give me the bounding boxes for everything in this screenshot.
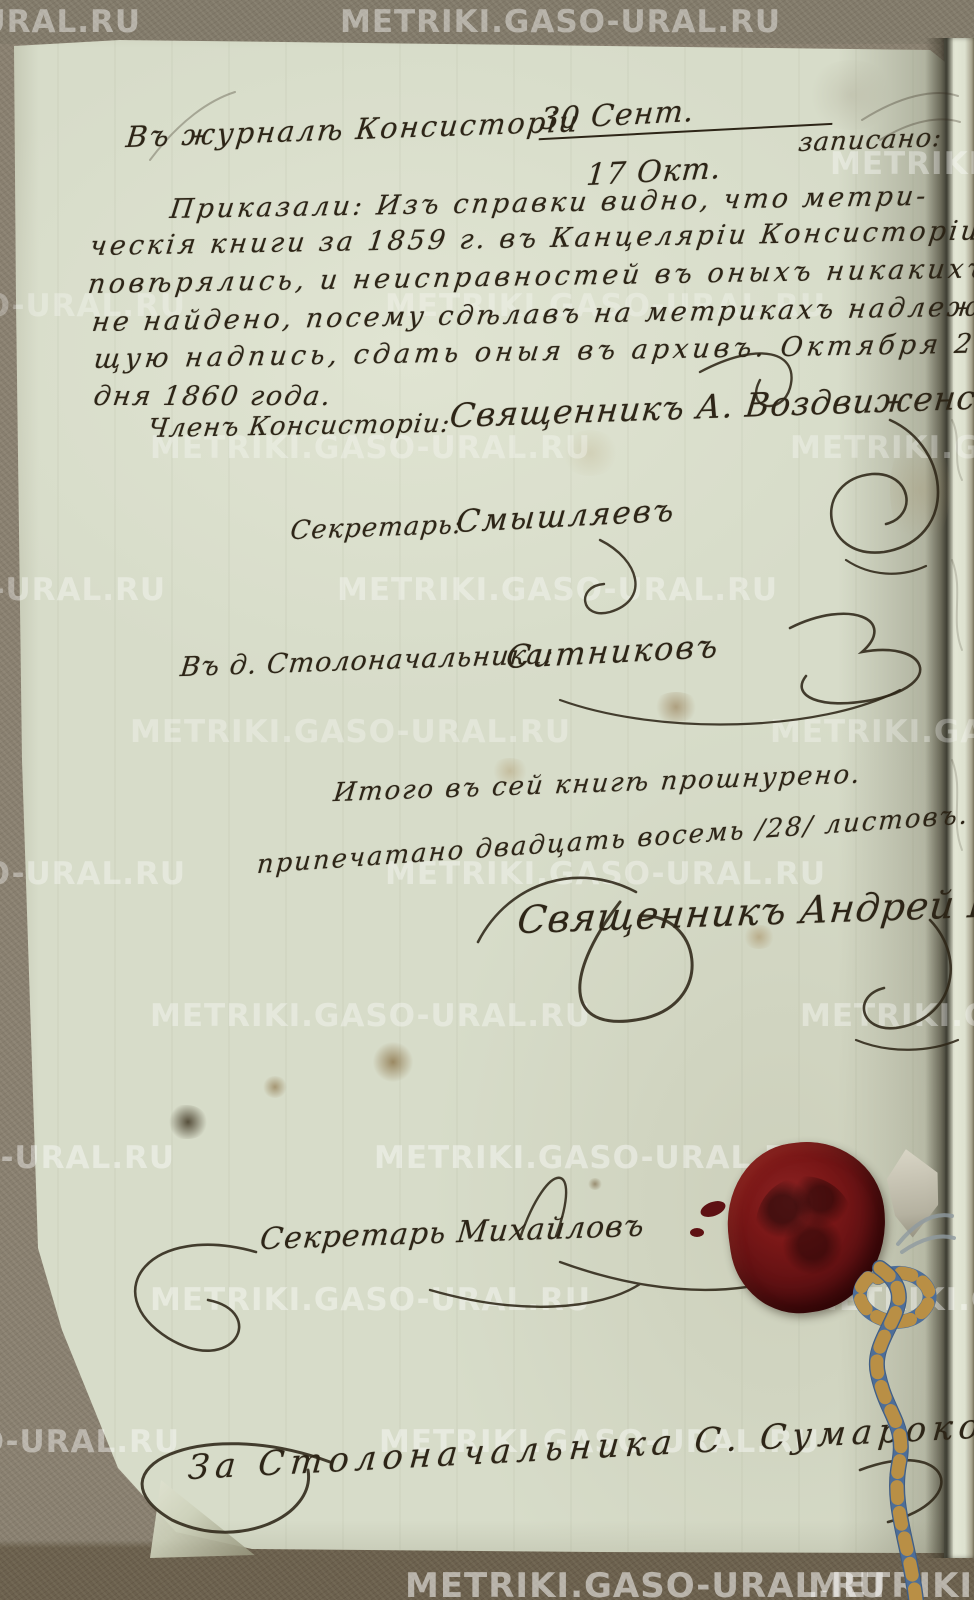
watermark-text: METRIKI.GASO-URAL.RU (405, 1566, 887, 1600)
book-gutter-shadow (925, 38, 953, 1558)
document-page (0, 0, 974, 1600)
watermark-text: METRIKI.GASO-URAL.RU (808, 1566, 974, 1600)
scanned-archive-photo: { "document": { "type": "Метрическая кни… (0, 0, 974, 1600)
watermark-text: METRIKI.GASO-URAL.RU (0, 4, 141, 40)
wax-drip (690, 1228, 704, 1237)
watermark-text: METRIKI.GASO-URAL.RU (340, 4, 781, 40)
